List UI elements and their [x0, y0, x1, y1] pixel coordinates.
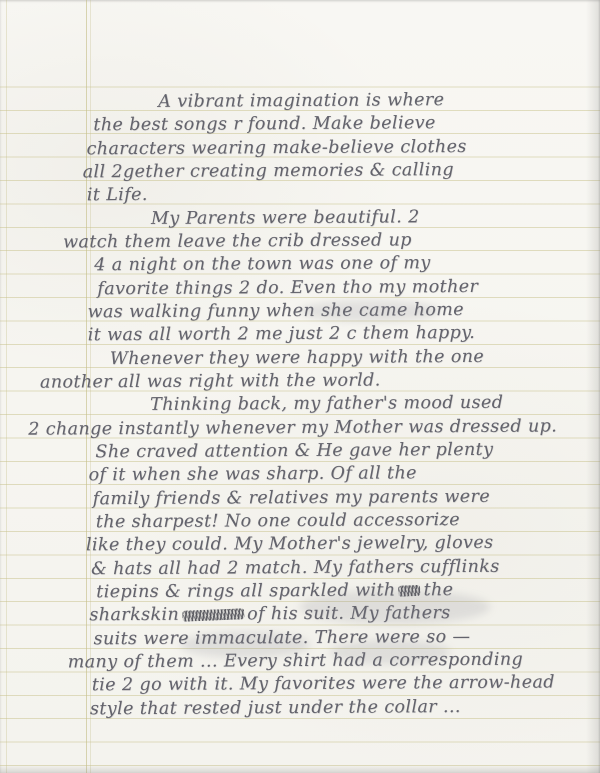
pencil-smudge [300, 590, 490, 624]
handwriting-line: She craved attention & He gave her plent… [95, 439, 493, 464]
page-edge-shadow-bottom [0, 765, 600, 773]
handwriting-line: all 2gether creating memories & calling [83, 159, 454, 184]
handwriting-line: watch them leave the crib dressed up [63, 229, 412, 254]
handwriting-line: Whenever they were happy with the one [110, 346, 484, 371]
handwriting-line: it was all worth 2 me just 2 c them happ… [88, 322, 476, 347]
handwriting-line: 2 change instantly whenever my Mother wa… [28, 415, 557, 441]
handwriting-line: Thinking back, my father's mood used [150, 392, 503, 417]
notebook-page: A vibrant imagination is wherethe best s… [0, 0, 600, 773]
handwriting-line: & hats all had 2 match. My fathers cuffl… [91, 556, 500, 581]
handwriting-text: sharkskin [89, 605, 179, 626]
handwriting-line: of it when she was sharp. Of all the [88, 462, 416, 487]
handwriting-line: the sharpest! No one could accessorize [96, 509, 460, 534]
handwriting-line: the best songs r found. Make believe [93, 112, 435, 137]
handwriting-line: A vibrant imagination is where [158, 89, 444, 114]
handwriting-line: it Life. [87, 184, 148, 207]
handwriting-line: another all was right with the world. [40, 370, 381, 395]
handwriting-line: style that rested just under the collar … [90, 696, 461, 721]
handwriting-layer: A vibrant imagination is wherethe best s… [0, 0, 600, 773]
pencil-smudge [300, 300, 440, 322]
page-edge-shadow-right [586, 0, 600, 773]
scribbled-out-word [182, 608, 244, 622]
handwriting-line: My Parents were beautiful. 2 [151, 206, 420, 231]
handwriting-line: tie 2 go with it. My favorites were the … [92, 671, 555, 697]
handwriting-line: like they could. My Mother's jewelry, gl… [86, 532, 494, 557]
pencil-smudge [180, 632, 310, 658]
pencil-smudge [330, 640, 450, 664]
handwriting-line: family friends & relatives my parents we… [93, 486, 491, 511]
handwriting-line: 4 a night on the town was one of my [94, 252, 430, 277]
handwriting-line: characters wearing make-believe clothes [86, 136, 466, 161]
handwriting-line: favorite things 2 do. Even tho my mother [97, 276, 478, 301]
